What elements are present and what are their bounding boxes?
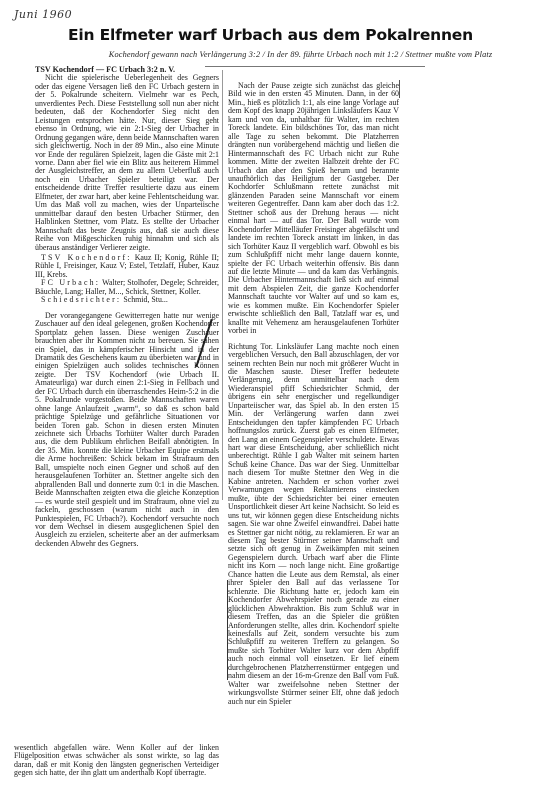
referee-name: Schmid, Stu... bbox=[123, 295, 168, 304]
right-column: Nach der Pause zeigte sich zunächst das … bbox=[228, 82, 399, 706]
referee: Schiedsrichter: Schmid, Stu... bbox=[35, 296, 219, 304]
handwritten-date: Juni 1960 bbox=[14, 8, 72, 21]
frame-line-right bbox=[399, 80, 400, 98]
lineup-home: TSV Kochendorf: Kauz II; Konig, Rühle II… bbox=[35, 254, 219, 279]
first-half-paragraph: Der vorangegangene Gewitterregen hatte n… bbox=[35, 312, 219, 549]
closing-paragraph: wesentlich abgefallen wäre. Wenn Koller … bbox=[14, 744, 219, 778]
left-bottom-column: wesentlich abgefallen wäre. Wenn Koller … bbox=[14, 744, 219, 778]
subheadline: Kochendorf gewann nach Verlängerung 3:2 … bbox=[60, 50, 541, 59]
frame-line-top bbox=[205, 66, 425, 67]
column-divider bbox=[222, 70, 223, 500]
second-half-paragraph: Nach der Pause zeigte sich zunächst das … bbox=[228, 82, 399, 336]
intro-paragraph: Nicht die spielerische Ueberlegenheit de… bbox=[35, 74, 219, 252]
lineups: TSV Kochendorf: Kauz II; Konig, Rühle II… bbox=[35, 254, 219, 305]
extra-time-paragraph: Richtung Tor. Linksläufer Lang machte no… bbox=[228, 343, 399, 706]
referee-label: Schiedsrichter: bbox=[41, 295, 121, 304]
headline: Ein Elfmeter warf Urbach aus dem Pokalre… bbox=[0, 26, 541, 44]
lineup-away: FC Urbach: Walter; Stolhofer, Degele; Sc… bbox=[35, 279, 219, 296]
left-column: TSV Kochendorf — FC Urbach 3:2 n. V. Nic… bbox=[35, 66, 219, 548]
